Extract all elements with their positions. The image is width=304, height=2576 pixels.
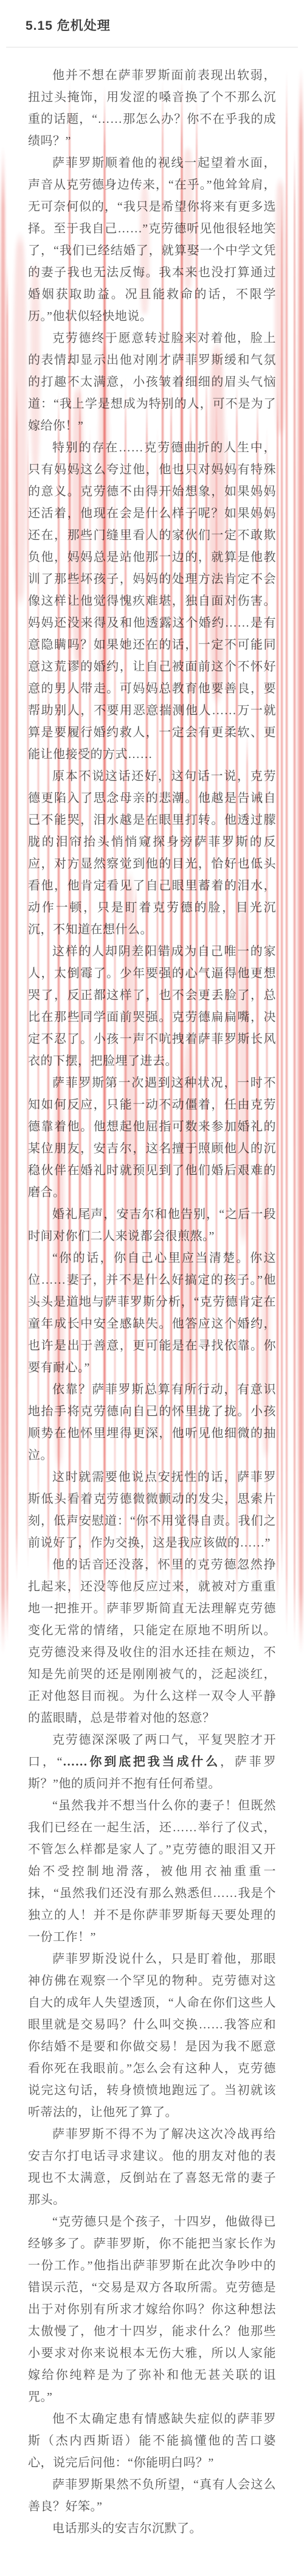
watermark-streak (286, 70, 288, 1637)
watermark-streak (275, 176, 286, 438)
document-body: 他并不想在萨菲罗斯面前表现出软弱，扭过头掩饰，用发涩的嗓音换了个不那么沉重的话题… (28, 64, 276, 2539)
text-segment: 萨菲罗斯不得不为了解决这次冷战再给安吉尔打电话寻求建议。他的朋友对他的表现也不太… (28, 2128, 276, 2207)
watermark-streak (0, 146, 6, 1655)
text-segment: 电话那头的安吉尔沉默了。 (52, 2522, 202, 2535)
watermark-streak (294, 146, 295, 1643)
title-divider (6, 47, 298, 47)
watermark-streak (6, 262, 9, 1643)
paragraph: 萨菲罗斯不得不为了解决这次冷战再给安吉尔打电话寻求建议。他的朋友对他的表现也不太… (28, 2123, 276, 2211)
text-segment: 他的话音还没落，怀里的克劳德忽然挣扎起来，还没等他反应过来，就被对方重重地一把推… (28, 1558, 276, 1725)
paragraph: 婚礼尾声，安吉尔和他告别，“之后一段时间对你们二人来说都会很煎熬。” (28, 1203, 276, 1247)
text-segment: 萨菲罗斯果然不负所望，“真有人会这么善良？好笨。” (28, 2478, 276, 2513)
paragraph: 这样的人却阴差阳错成为自己唯一的家人，太倒霉了。少年要强的心气逼得他更想哭了，反… (28, 941, 276, 1072)
paragraph: 依靠？萨菲罗斯总算有所行动，有意识地抬手将克劳德向自己的怀里拢了拢。小孩顺势在他… (28, 1379, 276, 1466)
paragraph: 特别的存在……克劳德曲折的人生中，只有妈妈这么夸过他，他也只对妈妈有特殊的意义。… (28, 437, 276, 765)
paragraph: 萨菲罗斯第一次遇到这种状况，一时不知如何反应，只能一动不动僵着，任由克劳德靠着他… (28, 1072, 276, 1203)
text-segment: 依靠？萨菲罗斯总算有所行动，有意识地抬手将克劳德向自己的怀里拢了拢。小孩顺势在他… (28, 1383, 276, 1462)
paragraph: 克劳德终于愿意转过脸来对着他，脸上的表情却显示出他对刚才萨菲罗斯缓和气氛的打趣不… (28, 327, 276, 437)
paragraph: “虽然我并不想当什么你的妻子！但既然我们已经在一起生活，还……举行了仪式，不管怎… (28, 1795, 276, 1948)
text-segment: 萨菲罗斯顺着他的视线一起望着水面，声音从克劳德身边传来，“在乎。”他耸耸肩，无可… (28, 156, 276, 323)
text-segment: 他并不想在萨菲罗斯面前表现出软弱，扭过头掩饰，用发涩的嗓音换了个不那么沉重的话题… (28, 69, 276, 148)
text-segment: 克劳德终于愿意转过脸来对着他，脸上的表情却显示出他对刚才萨菲罗斯缓和气氛的打趣不… (28, 332, 276, 433)
paragraph: 克劳德深深吸了两口气，平复哭腔才开口，“……你到底把我当成什么，萨菲罗斯？”他的… (28, 1729, 276, 1795)
paragraph: 萨菲罗斯顺着他的视线一起望着水面，声音从克劳德身边传来，“在乎。”他耸耸肩，无可… (28, 152, 276, 327)
watermark-streak (16, 377, 18, 1582)
text-segment: 萨菲罗斯第一次遇到这种状况，一时不知如何反应，只能一动不动僵着，任由克劳德靠着他… (28, 1076, 276, 1199)
text-segment: 原本不说这话还好，这句话一说，克劳德更陷入了思念母亲的悲潮。他越是告诫自己不能哭… (28, 770, 276, 936)
paragraph: 他不太确定患有情感缺失症似的萨菲罗斯（杰内西斯语）能不能搞懂他的苦口婆心，说完后… (28, 2408, 276, 2474)
paragraph: “克劳德只是个孩子，十四岁，他做得已经够多了。萨菲罗斯，你不能把当家长作为一份工… (28, 2211, 276, 2408)
watermark-streak (277, 377, 278, 1606)
paragraph: 他并不想在萨菲罗斯面前表现出软弱，扭过头掩饰，用发涩的嗓音换了个不那么沉重的话题… (28, 64, 276, 152)
text-segment: 这时就需要他说点安抚性的话，萨菲罗斯低头看着克劳德微微颤动的发尖，思索片刻，低声… (28, 1471, 276, 1550)
watermark-streak (13, 231, 27, 608)
text-segment: “你的话，你自己心里应当清楚。你这位……妻子，并不是什么好搞定的孩子。”他头头是… (28, 1251, 276, 1374)
text-segment: “虽然我并不想当什么你的妻子！但既然我们已经在一起生活，还……举行了仪式，不管怎… (28, 1799, 276, 1944)
document-page: 5.15 危机处理 他并不想在萨菲罗斯面前表现出软弱，扭过头掩饰，用发涩的嗓音换… (0, 0, 304, 2576)
paragraph: 萨菲罗斯果然不负所望，“真有人会这么善良？好笨。” (28, 2474, 276, 2518)
text-segment: 萨菲罗斯没说什么，只是盯着他，那眼神仿佛在观察一个罕见的物种。克劳德对这自大的成… (28, 1952, 276, 2119)
paragraph: 原本不说这话还好，这句话一说，克劳德更陷入了思念母亲的悲潮。他越是告诫自己不能哭… (28, 765, 276, 941)
section-title: 5.15 危机处理 (26, 17, 276, 35)
bold-phrase: ……你到底把我当成什么 (63, 1755, 220, 1769)
text-segment: 这样的人却阴差阳错成为自己唯一的家人，太倒霉了。少年要强的心气逼得他更想哭了，反… (28, 945, 276, 1068)
paragraph: 他的话音还没落，怀里的克劳德忽然挣扎起来，还没等他反应过来，就被对方重重地一把推… (28, 1554, 276, 1729)
paragraph: 萨菲罗斯没说什么，只是盯着他，那眼神仿佛在观察一个罕见的物种。克劳德对这自大的成… (28, 1948, 276, 2123)
text-segment: “克劳德只是个孩子，十四岁，他做得已经够多了。萨菲罗斯，你不能把当家长作为一份工… (28, 2215, 276, 2404)
watermark-streak (281, 183, 283, 1582)
watermark-streak (298, 67, 304, 1655)
text-segment: 婚礼尾声，安吉尔和他告别，“之后一段时间对你们二人来说都会很煎熬。” (28, 1208, 276, 1243)
paragraph: 电话那头的安吉尔沉默了。 (28, 2518, 276, 2539)
text-segment: 他不太确定患有情感缺失症似的萨菲罗斯（杰内西斯语）能不能搞懂他的苦口婆心，说完后… (28, 2412, 276, 2470)
paragraph: 这时就需要他说点安抚性的话，萨菲罗斯低头看着克劳德微微颤动的发尖，思索片刻，低声… (28, 1466, 276, 1554)
paragraph: “你的话，你自己心里应当清楚。你这位……妻子，并不是什么好搞定的孩子。”他头头是… (28, 1247, 276, 1379)
text-segment: 特别的存在……克劳德曲折的人生中，只有妈妈这么夸过他，他也只对妈妈有特殊的意义。… (28, 441, 276, 761)
